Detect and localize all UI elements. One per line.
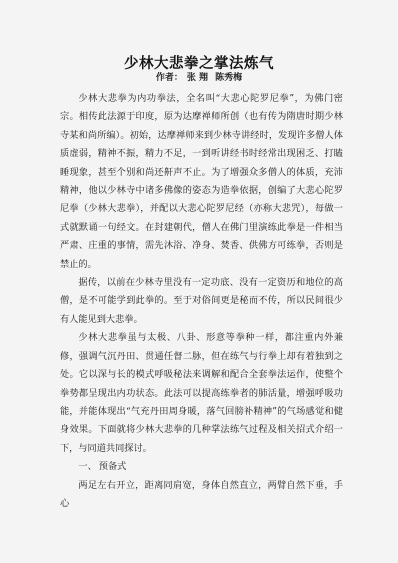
paragraph: 少林大悲拳虽与太极、八卦、形意等拳种一样，都注重内外兼修，强调气沉丹田、贯通任督… [60, 329, 343, 458]
byline: 作者：张 翔 陈秀梅 [0, 70, 398, 83]
paragraph: 少林大悲拳为内功拳法，全名叫“大悲心陀罗尼拳”，为佛门密宗。相传此法源于印度，原… [60, 90, 343, 274]
section-heading: 一、预备式 [60, 458, 343, 476]
byline-label: 作者： [156, 73, 183, 83]
author-name: 张 翔 [187, 73, 208, 83]
section-paragraph: 两足左右开立，距离同肩宽，身体自然直立，两臂自然下垂，手心 [60, 477, 343, 514]
document-page: 少林大悲拳之掌法炼气 作者：张 翔 陈秀梅 少林大悲拳为内功拳法，全名叫“大悲心… [0, 0, 398, 563]
paragraph: 据传，以前在少林寺里没有一定功底、没有一定资历和地位的高僧，是不可能学到此拳的。… [60, 274, 343, 329]
author-name: 陈秀梅 [215, 73, 242, 83]
document-body: 少林大悲拳为内功拳法，全名叫“大悲心陀罗尼拳”，为佛门密宗。相传此法源于印度，原… [60, 90, 343, 513]
section-number: 一、 [78, 461, 96, 472]
section-title: 预备式 [99, 461, 127, 472]
